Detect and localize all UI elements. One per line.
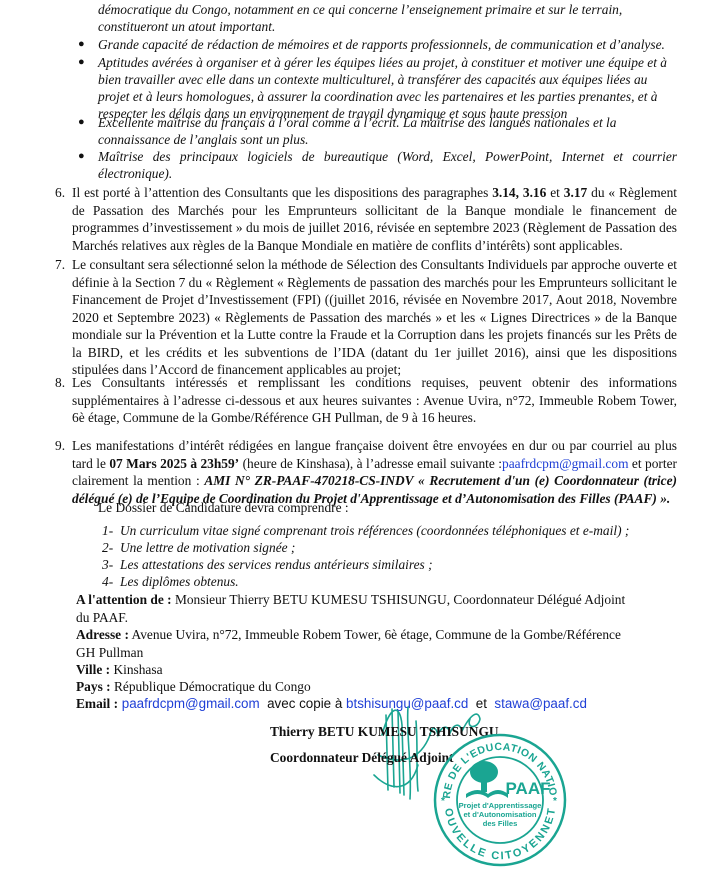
bullet-item: ● Aptitudes avérées à organiser et à gér… bbox=[98, 54, 677, 122]
dossier-item: 2-Une lettre de motivation signée ; bbox=[120, 539, 295, 556]
email-line: Email : paafrdcpm@gmail.com avec copie à… bbox=[76, 695, 587, 712]
country-line: Pays : République Démocratique du Congo bbox=[76, 678, 631, 696]
bullet-icon: ● bbox=[78, 54, 85, 71]
stamp-line-3: des Filles bbox=[483, 819, 518, 828]
section-7: 7. Le consultant sera sélectionné selon … bbox=[72, 256, 677, 379]
signatory-title: Coordonnateur Délégué Adjoint bbox=[270, 750, 454, 766]
tree-book-logo-icon bbox=[466, 761, 508, 798]
email-cc2-link[interactable]: stawa@paaf.cd bbox=[494, 696, 587, 711]
bullet-icon: ● bbox=[78, 114, 85, 131]
dossier-intro: Le Dossier de Candidature devra comprend… bbox=[98, 499, 349, 516]
address-line: Adresse : Avenue Uvira, n°72, Immeuble R… bbox=[76, 626, 631, 661]
email-primary-link[interactable]: paafrdcpm@gmail.com bbox=[122, 696, 260, 711]
star-icon: * bbox=[553, 796, 557, 807]
stamp-logo-text: PAAF bbox=[505, 779, 550, 798]
dossier-item: 4-Les diplômes obtenus. bbox=[120, 573, 239, 590]
city-line: Ville : Kinshasa bbox=[76, 661, 631, 679]
bullet-continuation: démocratique du Congo, notamment en ce q… bbox=[98, 1, 677, 35]
bullet-item: ● Maîtrise des principaux logiciels de b… bbox=[98, 148, 677, 182]
section-6: 6. Il est porté à l’attention des Consul… bbox=[72, 184, 677, 254]
section-9: 9. Les manifestations d’intérêt rédigées… bbox=[72, 437, 677, 507]
stamp-line-2: et d'Autonomisation bbox=[463, 810, 536, 819]
deadline: 07 Mars 2025 à 23h59’ bbox=[109, 456, 239, 471]
section-8: 8. Les Consultants intéressés et remplis… bbox=[72, 374, 677, 427]
dossier-item: 3-Les attestations des services rendus a… bbox=[120, 556, 433, 573]
star-icon: * bbox=[441, 796, 445, 807]
stamp-line-1: Projet d'Apprentissage bbox=[459, 801, 542, 810]
official-stamp: MINISTERE DE L'EDUCATION NATIONALE ET NO… bbox=[432, 732, 568, 868]
dossier-item: 1-Un curriculum vitae signé comprenant t… bbox=[120, 522, 629, 539]
attention-line: A l'attention de : Monsieur Thierry BETU… bbox=[76, 591, 631, 626]
bullet-item: ● Excellente maîtrise du français à l’or… bbox=[98, 114, 677, 148]
bullet-icon: ● bbox=[78, 36, 85, 53]
document-page: démocratique du Congo, notamment en ce q… bbox=[0, 0, 711, 876]
email-link[interactable]: paafrdcpm@gmail.com bbox=[502, 456, 628, 471]
bullet-icon: ● bbox=[78, 148, 85, 165]
bullet-item: ● Grande capacité de rédaction de mémoir… bbox=[98, 36, 677, 53]
